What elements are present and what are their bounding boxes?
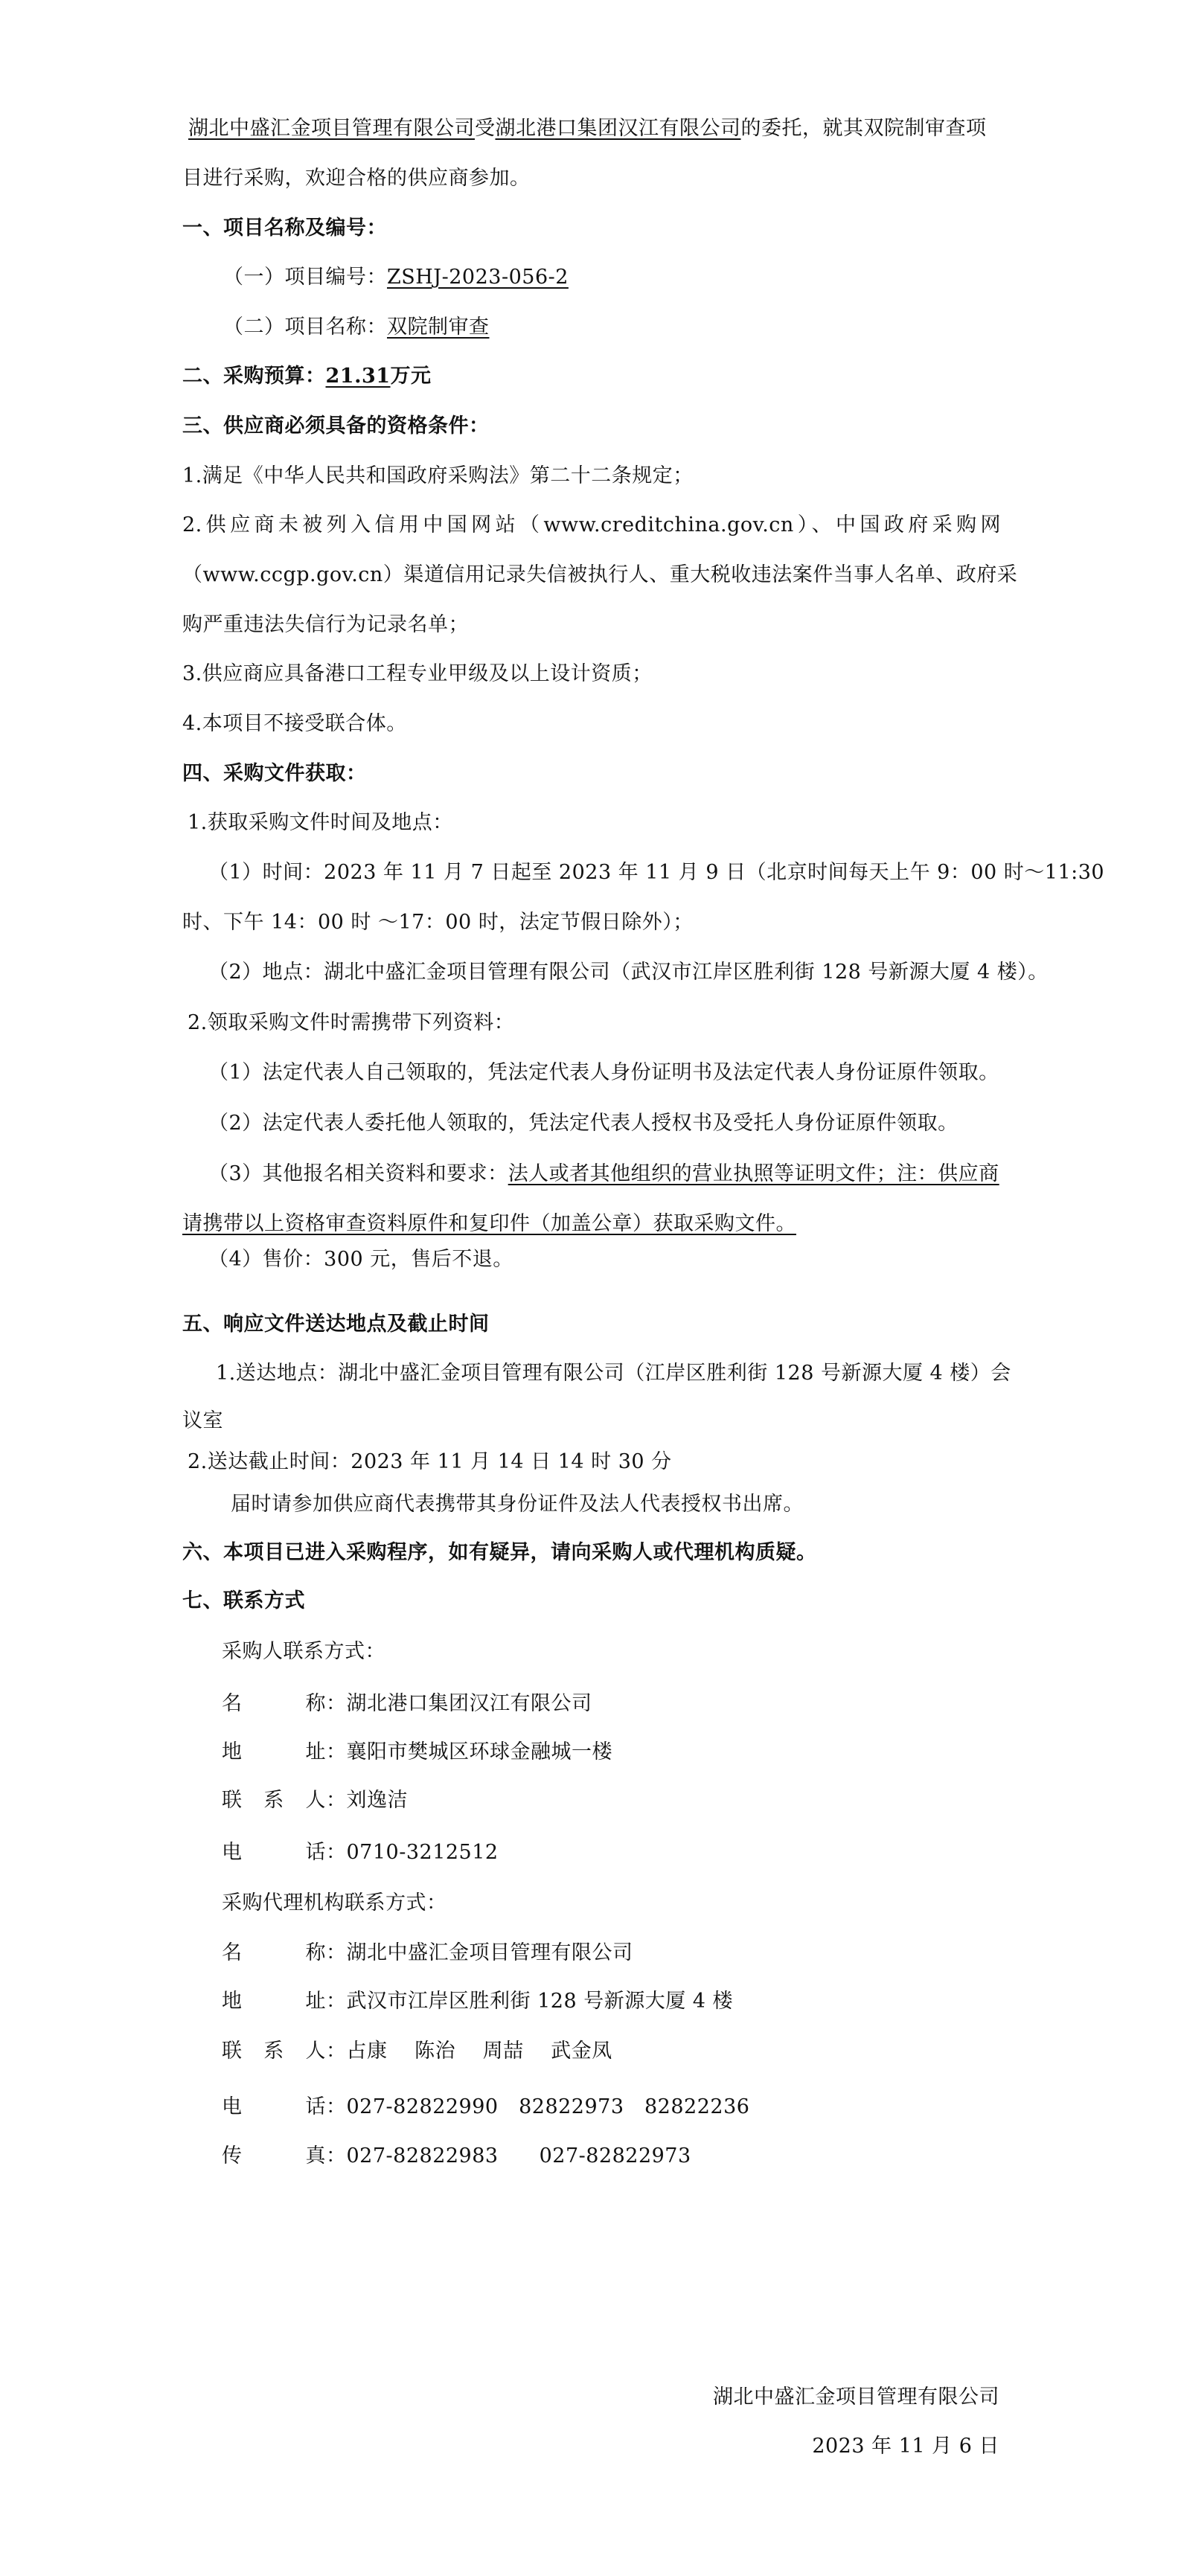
budget-label: 二、采购预算： <box>182 365 326 388</box>
obtain-time-line-1: （1）时间：2023 年 11 月 7 日起至 2023 年 11 月 9 日（… <box>208 858 1001 888</box>
project-code-value: ZSHJ-2023-056-2 <box>387 266 569 289</box>
required-documents-title: 2.领取采购文件时需携带下列资料： <box>188 1008 514 1038</box>
purchaser-contact-title: 采购人联系方式： <box>222 1637 385 1667</box>
colon: ： <box>326 1789 347 1812</box>
required-document-3-detail: 法人或者其他组织的营业执照等证明文件；注：供应商 <box>508 1162 999 1185</box>
section-2-heading: 二、采购预算：21.31万元 <box>182 362 432 391</box>
purchaser-address-row: 地址：襄阳市樊城区环球金融城一楼 <box>222 1737 612 1767</box>
colon: ： <box>326 1941 347 1964</box>
agency-fax-value: 027-82822983 027-82822973 <box>347 2144 691 2168</box>
budget-amount: 21.31 <box>326 365 391 388</box>
colon: ： <box>326 1990 347 2013</box>
purchaser-name-row: 名称：湖北港口集团汉江有限公司 <box>222 1689 592 1719</box>
colon: ： <box>326 2040 347 2063</box>
agency-phone-row: 电话：027-82822990 82822973 82822236 <box>222 2092 749 2122</box>
agency-contact-label: 联系人 <box>222 2037 326 2066</box>
section-5-heading: 五、响应文件送达地点及截止时间 <box>182 1310 490 1339</box>
obtain-time-place-title: 1.获取采购文件时间及地点： <box>188 808 453 838</box>
purchaser-contact-label: 联系人 <box>222 1786 326 1816</box>
agency-name-row: 名称：湖北中盛汇金项目管理有限公司 <box>222 1938 633 1968</box>
colon: ： <box>326 2095 347 2118</box>
submission-deadline: 2.送达截止时间：2023 年 11 月 14 日 14 时 30 分 <box>188 1447 672 1477</box>
agency-contact-value: 占康 陈治 周喆 武金凤 <box>347 2040 612 2063</box>
agency-address-value: 武汉市江岸区胜利街 128 号新源大厦 4 楼 <box>347 1990 734 2013</box>
qualification-1: 1.满足《中华人民共和国政府采购法》第二十二条规定； <box>182 461 694 491</box>
obtain-time-line-2: 时、下午 14：00 时 ～17：00 时，法定节假日除外）； <box>182 908 694 938</box>
purchaser-contact-value: 刘逸洁 <box>347 1789 409 1812</box>
project-name-value: 双院制审查 <box>387 315 490 339</box>
qualification-3: 3.供应商应具备港口工程专业甲级及以上设计资质； <box>182 659 653 689</box>
qualification-2-line-2: （www.ccgp.gov.cn）渠道信用记录失信被执行人、重大税收违法案件当事… <box>182 560 1001 590</box>
agency-name-label: 名称 <box>222 1938 326 1968</box>
colon: ： <box>326 2144 347 2168</box>
purchaser-phone-value: 0710-3212512 <box>347 1841 499 1864</box>
budget-unit: 万元 <box>391 365 432 388</box>
qualification-2-line-3: 购严重违法失信行为记录名单； <box>182 610 469 640</box>
qualification-4: 4.本项目不接受联合体。 <box>182 709 407 739</box>
intro-line-1: 湖北中盛汇金项目管理有限公司受湖北港口集团汉江有限公司的委托，就其双院制审查项 <box>188 114 987 144</box>
agency-address-label: 地址 <box>222 1987 326 2016</box>
project-code-label: （一）项目编号： <box>223 266 387 289</box>
purchaser-name: 湖北港口集团汉江有限公司 <box>496 117 741 140</box>
agency-name-value: 湖北中盛汇金项目管理有限公司 <box>347 1941 633 1964</box>
colon: ： <box>326 1740 347 1763</box>
required-document-3-line-2: 请携带以上资格审查资料原件和复印件（加盖公章）获取采购文件。 <box>182 1209 796 1239</box>
required-document-3-line-1: （3）其他报名相关资料和要求：法人或者其他组织的营业执照等证明文件；注：供应商 <box>208 1159 999 1189</box>
agency-name: 湖北中盛汇金项目管理有限公司 <box>188 117 475 140</box>
intro-line-1-tail: 的委托，就其双院制审查项 <box>741 117 987 140</box>
submission-place-line-2: 议室 <box>182 1406 223 1436</box>
agency-phone-value: 027-82822990 82822973 82822236 <box>347 2095 750 2118</box>
colon: ： <box>326 1841 347 1864</box>
intro-line-2: 目进行采购，欢迎合格的供应商参加。 <box>182 164 531 193</box>
required-document-3-detail-cont: 请携带以上资格审查资料原件和复印件（加盖公章）获取采购文件。 <box>182 1212 796 1235</box>
intro-connector: 受 <box>475 117 496 140</box>
purchaser-phone-row: 电话：0710-3212512 <box>222 1838 499 1868</box>
section-1-heading: 一、项目名称及编号： <box>182 214 387 243</box>
purchaser-name-value: 湖北港口集团汉江有限公司 <box>347 1692 592 1715</box>
agency-fax-row: 传真：027-82822983 027-82822973 <box>222 2141 691 2171</box>
required-document-1: （1）法定代表人自己领取的，凭法定代表人身份证明书及法定代表人身份证原件领取。 <box>208 1058 999 1088</box>
project-name-row: （二）项目名称：双院制审查 <box>223 313 490 342</box>
agency-address-row: 地址：武汉市江岸区胜利街 128 号新源大厦 4 楼 <box>222 1987 733 2016</box>
colon: ： <box>326 1692 347 1715</box>
purchaser-phone-label: 电话 <box>222 1838 326 1868</box>
required-document-2: （2）法定代表人委托他人领取的，凭法定代表人授权书及受托人身份证原件领取。 <box>208 1109 958 1138</box>
document-price: （4）售价：300 元，售后不退。 <box>208 1245 513 1275</box>
purchaser-contact-row: 联系人：刘逸洁 <box>222 1786 408 1816</box>
agency-fax-label: 传真 <box>222 2141 326 2171</box>
signature-date: 2023 年 11 月 6 日 <box>812 2432 999 2461</box>
project-name-label: （二）项目名称： <box>223 315 387 339</box>
section-7-heading: 七、联系方式 <box>182 1586 305 1616</box>
section-4-heading: 四、采购文件获取： <box>182 759 367 789</box>
required-document-3-label: （3）其他报名相关资料和要求： <box>208 1162 508 1185</box>
attendance-note: 届时请参加供应商代表携带其身份证件及法人代表授权书出席。 <box>231 1490 804 1519</box>
obtain-place: （2）地点：湖北中盛汇金项目管理有限公司（武汉市江岸区胜利街 128 号新源大厦… <box>208 958 1049 987</box>
agency-phone-label: 电话 <box>222 2092 326 2122</box>
purchaser-address-label: 地址 <box>222 1737 326 1767</box>
purchaser-name-label: 名称 <box>222 1689 326 1719</box>
agency-contact-title: 采购代理机构联系方式： <box>222 1888 447 1918</box>
section-6-heading: 六、本项目已进入采购程序，如有疑异，请向采购人或代理机构质疑。 <box>182 1538 817 1568</box>
section-3-heading: 三、供应商必须具备的资格条件： <box>182 411 490 441</box>
purchaser-address-value: 襄阳市樊城区环球金融城一楼 <box>347 1740 613 1763</box>
agency-contact-row: 联系人：占康 陈治 周喆 武金凤 <box>222 2037 612 2066</box>
project-code-row: （一）项目编号：ZSHJ-2023-056-2 <box>223 263 569 292</box>
submission-place-line-1: 1.送达地点：湖北中盛汇金项目管理有限公司（江岸区胜利街 128 号新源大厦 4… <box>216 1359 1001 1388</box>
signature-organization: 湖北中盛汇金项目管理有限公司 <box>713 2383 999 2412</box>
qualification-2-line-1: 2.供应商未被列入信用中国网站（www.creditchina.gov.cn）、… <box>182 510 1001 540</box>
